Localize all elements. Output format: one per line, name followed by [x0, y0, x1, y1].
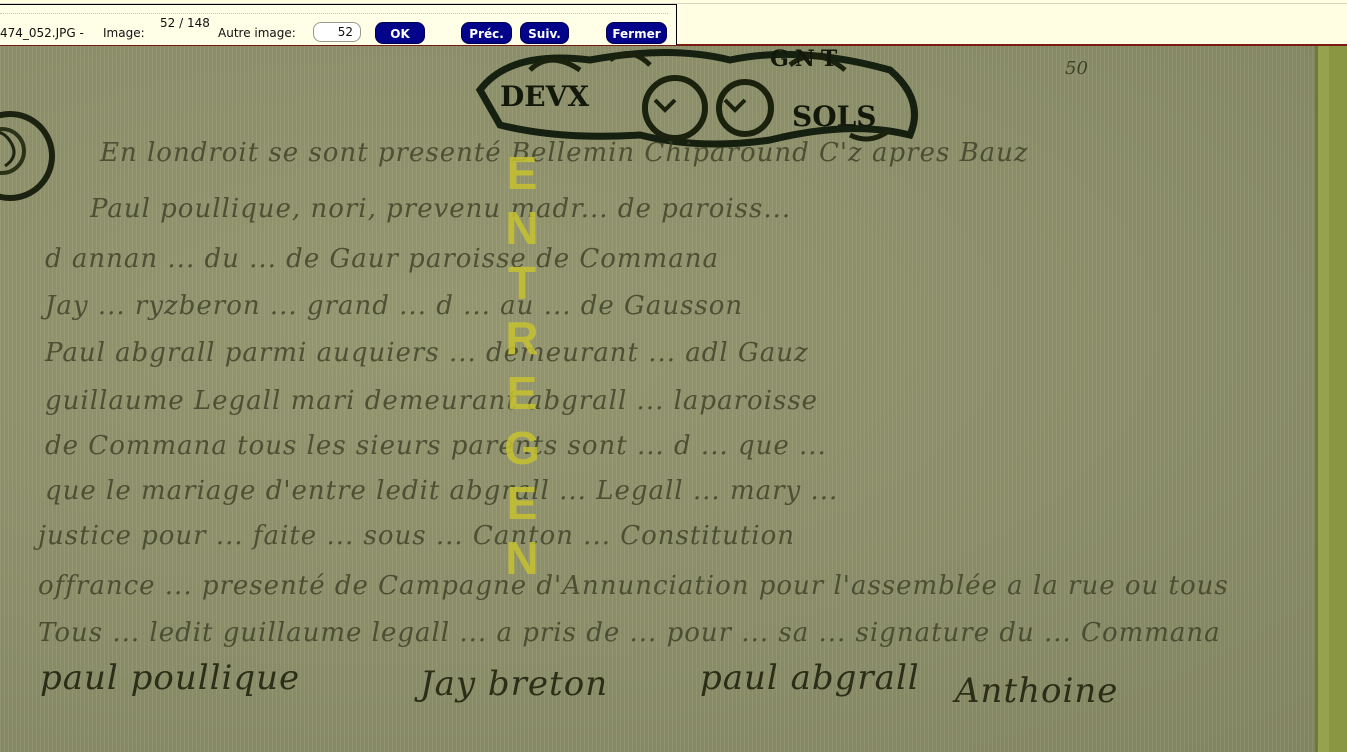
next-button[interactable]: Suiv. [520, 22, 569, 44]
image-label: Image: [103, 26, 145, 40]
page-edge [1315, 46, 1347, 752]
signature: Jay breton [420, 664, 608, 704]
stamp-text-top: GNT [770, 46, 843, 72]
other-image-label: Autre image: [218, 26, 296, 40]
navigation-toolbar: 474_052.JPG - Image: 52 / 148 Autre imag… [0, 4, 677, 45]
watermark-letter: E [498, 146, 546, 201]
text-line: Paul poullique, nori, prevenu madr... de… [90, 194, 791, 224]
text-line: Jay ... ryzberon ... grand ... d ... au … [45, 291, 743, 321]
document-image-viewer: DEVX SOLS GNT 50 En londroit se sont pre… [0, 46, 1347, 752]
text-line: justice pour ... faite ... sous ... Cant… [38, 521, 795, 551]
ok-button[interactable]: OK [375, 22, 425, 44]
watermark-letter: N [498, 531, 546, 586]
folio-number: 50 [1065, 58, 1088, 79]
text-line: guillaume Legall mari demeurant abgrall … [45, 386, 818, 416]
text-line: offrance ... presenté de Campagne d'Annu… [38, 571, 1229, 601]
signature: Anthoine [955, 671, 1118, 711]
text-line: En londroit se sont presenté Bellemin Ch… [100, 138, 1029, 168]
wax-seal-icon [0, 96, 55, 236]
viewer-toolbar-bar: 474_052.JPG - Image: 52 / 148 Autre imag… [0, 0, 1347, 46]
tax-stamp: DEVX SOLS GNT [470, 46, 930, 150]
other-image-input[interactable] [313, 22, 361, 42]
stamp-text-left: DEVX [500, 80, 589, 113]
stamp-text-right: SOLS [792, 100, 877, 133]
watermark-letter: T [498, 256, 546, 311]
toolbar-dotted-divider [0, 13, 668, 14]
filename-label: 474_052.JPG - [0, 26, 84, 40]
watermark-letter: G [498, 421, 546, 476]
watermark: E N T R E G E N [498, 146, 546, 586]
previous-button[interactable]: Préc. [461, 22, 512, 44]
watermark-letter: R [498, 311, 546, 366]
text-line: d annan ... du ... de Gaur paroisse de C… [45, 244, 719, 274]
text-line: Tous ... ledit guillaume legall ... a pr… [38, 618, 1221, 648]
watermark-letter: E [498, 476, 546, 531]
watermark-letter: N [498, 201, 546, 256]
close-button[interactable]: Fermer [606, 22, 667, 44]
signature: paul abgrall [700, 658, 920, 698]
text-line: Paul abgrall parmi auquiers ... demeuran… [45, 338, 809, 368]
watermark-letter: E [498, 366, 546, 421]
text-line: de Commana tous les sieurs parents sont … [45, 431, 827, 461]
text-line: que le mariage d'entre ledit abgrall ...… [45, 476, 838, 506]
signature: paul poullique [40, 658, 300, 698]
image-count: 52 / 148 [160, 17, 190, 30]
